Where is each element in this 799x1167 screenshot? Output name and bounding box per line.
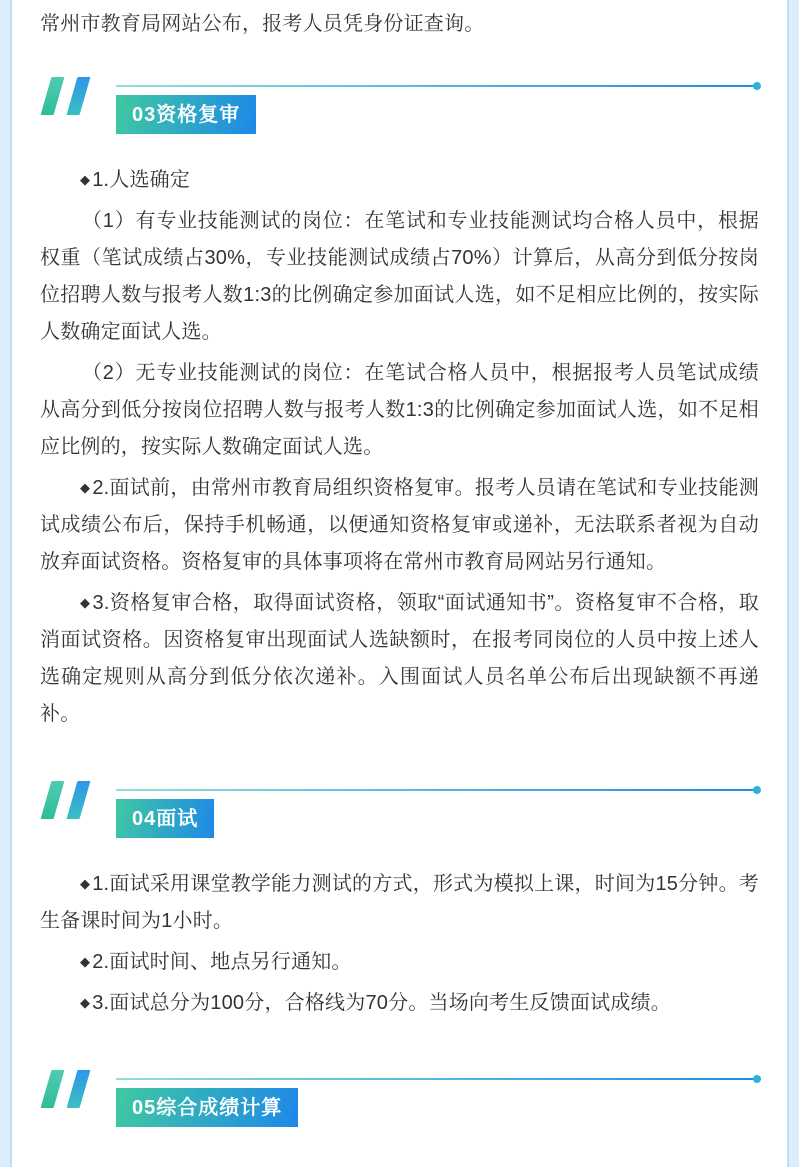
diamond-bullet-icon: ◆ [80, 172, 90, 187]
section-divider-line [116, 85, 759, 87]
divider-end-dot-icon [753, 1075, 761, 1083]
article-page: 常州市教育局网站公布，报考人员凭身份证查询。 03资格复审 ◆1.人选确定 （1… [10, 0, 789, 1167]
section-header-03: 03资格复审 [40, 83, 759, 137]
quote-marks-icon [46, 77, 85, 115]
body-paragraph: ◆2.面试前，由常州市教育局组织资格复审。报考人员请在笔试和专业技能测试成绩公布… [40, 469, 759, 581]
quote-bar-icon [41, 77, 65, 115]
diamond-bullet-icon: ◆ [80, 480, 90, 495]
quote-bar-icon [67, 1070, 91, 1108]
quote-marks-icon [46, 1070, 85, 1108]
paragraph-text: （1）有专业技能测试的岗位：在笔试和专业技能测试均合格人员中，根据权重（笔试成绩… [40, 210, 759, 343]
diamond-bullet-icon: ◆ [80, 595, 91, 610]
divider-end-dot-icon [753, 786, 761, 794]
paragraph-text: 1.人选确定 [92, 169, 190, 191]
body-paragraph: ◆1.人选确定 [40, 161, 759, 199]
body-paragraph: ◆3.资格复审合格，取得面试资格，领取“面试通知书”。资格复审不合格，取消面试资… [40, 584, 759, 733]
paragraph-text: 3.资格复审合格，取得面试资格，领取“面试通知书”。资格复审不合格，取消面试资格… [40, 592, 759, 725]
section-header-04: 04面试 [40, 787, 759, 841]
paragraph-text: 2.面试前，由常州市教育局组织资格复审。报考人员请在笔试和专业技能测试成绩公布后… [40, 477, 759, 573]
section-header-05: 05综合成绩计算 [40, 1076, 759, 1130]
body-paragraph: ◆1.面试采用课堂教学能力测试的方式，形式为模拟上课，时间为15分钟。考生备课时… [40, 865, 759, 940]
quote-bar-icon [41, 781, 65, 819]
paragraph-text: 2.面试时间、地点另行通知。 [92, 951, 351, 973]
paragraph-text: （2）无专业技能测试的岗位：在笔试合格人员中，根据报考人员笔试成绩从高分到低分按… [40, 362, 759, 458]
quote-bar-icon [67, 781, 91, 819]
paragraph-text: 1.面试采用课堂教学能力测试的方式，形式为模拟上课，时间为15分钟。考生备课时间… [40, 873, 759, 932]
section-badge: 03资格复审 [116, 95, 256, 134]
diamond-bullet-icon: ◆ [80, 876, 90, 891]
quote-bar-icon [67, 77, 91, 115]
section-badge: 05综合成绩计算 [116, 1088, 298, 1127]
section-badge: 04面试 [116, 799, 214, 838]
quote-marks-icon [46, 781, 85, 819]
paragraph-text: 3.面试总分为100分，合格线为70分。当场向考生反馈面试成绩。 [92, 992, 671, 1014]
quote-bar-icon [41, 1070, 65, 1108]
body-paragraph: ◆3.面试总分为100分，合格线为70分。当场向考生反馈面试成绩。 [40, 984, 759, 1022]
body-paragraph: （1）有专业技能测试的岗位：在笔试和专业技能测试均合格人员中，根据权重（笔试成绩… [40, 202, 759, 351]
section-divider-line [116, 789, 759, 791]
diamond-bullet-icon: ◆ [80, 954, 90, 969]
section-divider-line [116, 1078, 759, 1080]
intro-paragraph: 常州市教育局网站公布，报考人员凭身份证查询。 [40, 6, 759, 43]
diamond-bullet-icon: ◆ [80, 995, 90, 1010]
body-paragraph: （2）无专业技能测试的岗位：在笔试合格人员中，根据报考人员笔试成绩从高分到低分按… [40, 354, 759, 466]
body-paragraph: ◆2.面试时间、地点另行通知。 [40, 943, 759, 981]
divider-end-dot-icon [753, 82, 761, 90]
